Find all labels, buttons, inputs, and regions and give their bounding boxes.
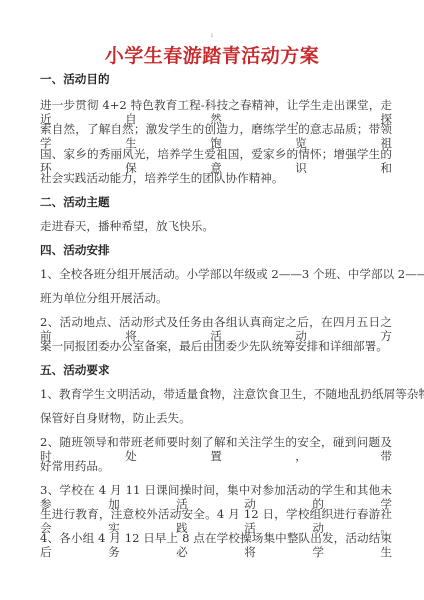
- paragraph-line: 班为单位分组开展活动。: [40, 291, 392, 305]
- paragraph-line: 索自然，了解自然；激发学生的创造力，磨练学生的意志品质；带领学生饱览祖: [40, 122, 392, 150]
- paragraph-line: 走进春天，播种希望，放飞快乐。: [40, 219, 392, 233]
- document-page: 1 小学生春游踏青活动方案 一、活动目的 进一步贯彻 4+2 特色教育工程-科技…: [0, 0, 424, 600]
- section-heading-theme: 二、活动主题: [40, 195, 392, 209]
- paragraph-line: 保管好自身财物，防止丢失。: [40, 411, 392, 425]
- paragraph-line: 好常用药品。: [40, 459, 392, 473]
- section-heading-purpose: 一、活动目的: [40, 72, 392, 86]
- paragraph-line: 4、各小组 4 月 12 日早上 8 点在学校操场集中整队出发，活动结束后务必将…: [40, 531, 392, 559]
- page-number: 1: [0, 33, 424, 39]
- paragraph-line: 社会实践活动能力，培养学生的团队协作精神。: [40, 171, 392, 185]
- section-heading-arrangement: 四、活动安排: [40, 243, 392, 257]
- paragraph-line: 1、全校各班分组开展活动。小学部以年级或 2——3 个班、中学部以 2——3 个: [40, 267, 392, 281]
- document-title: 小学生春游踏青活动方案: [0, 44, 424, 68]
- section-heading-requirements: 五、活动要求: [40, 363, 392, 377]
- paragraph-line: 1、教育学生文明活动，带适量食物，注意饮食卫生，不随地乱扔纸屑等杂物。: [40, 387, 392, 401]
- paragraph-line: 案一同报团委办公室备案，最后由团委少先队统筹安排和详细部署。: [40, 339, 392, 353]
